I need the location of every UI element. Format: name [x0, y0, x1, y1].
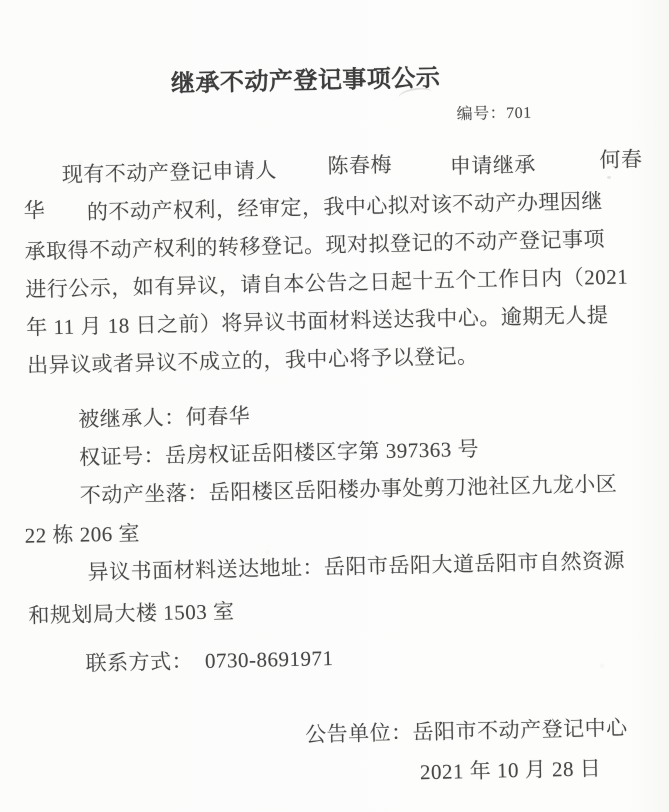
contact-phone-number: 0730-8691971 — [205, 646, 334, 673]
decedent-name-continuation: 华 — [23, 191, 45, 229]
footer-date: 2021 年 10 月 28 日 — [420, 758, 602, 783]
objection-address-value: 岳阳市岳阳大道岳阳市自然资源 — [324, 549, 625, 580]
detail-objection-address-continuation: 和规划局大楼 1503 室 — [28, 601, 234, 626]
notice-number: 编号：701 — [456, 100, 531, 125]
certificate-label: 权证号： — [79, 444, 166, 470]
decedent-value: 何春华 — [185, 404, 250, 429]
detail-objection-address: 异议书面材料送达地址：岳阳市岳阳大道岳阳市自然资源 — [87, 551, 625, 584]
decedent-label: 被继承人： — [78, 405, 186, 431]
notice-content: 继承不动产登记事项公示 编号：701 现有不动产登记申请人 陈春梅 申请继承 何… — [0, 0, 669, 812]
footer-issuing-unit: 公告单位：岳阳市不动产登记中心 — [305, 718, 628, 746]
detail-certificate-number: 权证号：岳房权证岳阳楼区字第 397363 号 — [79, 439, 479, 469]
objection-address-label: 异议书面材料送达地址： — [87, 555, 324, 584]
detail-property-location-continuation: 22 栋 206 室 — [25, 523, 141, 547]
body-paragraph: 现有不动产登记申请人 陈春梅 申请继承 何春 华 的不动产权利，经审定，我中心拟… — [22, 143, 657, 385]
issuer-label: 公告单位： — [305, 720, 413, 746]
scan-speck-artifact — [607, 176, 611, 179]
issuer-value: 岳阳市不动产登记中心 — [412, 716, 627, 745]
location-value: 岳阳楼区岳阳楼办事处剪刀池社区九龙小区 — [209, 472, 618, 505]
line1-verb-text: 申请继承 — [449, 146, 536, 186]
contact-label: 联系方式： — [85, 649, 193, 675]
decedent-name-part: 何春 — [599, 140, 643, 179]
detail-contact: 联系方式：0730-8691971 — [85, 648, 333, 674]
applicant-name: 陈春梅 — [327, 146, 392, 185]
detail-decedent: 被继承人：何春华 — [78, 406, 250, 431]
line1-intro-text: 现有不动产登记申请人 — [61, 151, 277, 194]
detail-property-location: 不动产坐落：岳阳楼区岳阳楼办事处剪刀池社区九龙小区 — [80, 474, 618, 507]
scanned-notice-page: 继承不动产登记事项公示 编号：701 现有不动产登记申请人 陈春梅 申请继承 何… — [0, 0, 669, 812]
location-label: 不动产坐落： — [80, 481, 209, 508]
certificate-value: 岳房权证岳阳楼区字第 397363 号 — [165, 437, 479, 468]
